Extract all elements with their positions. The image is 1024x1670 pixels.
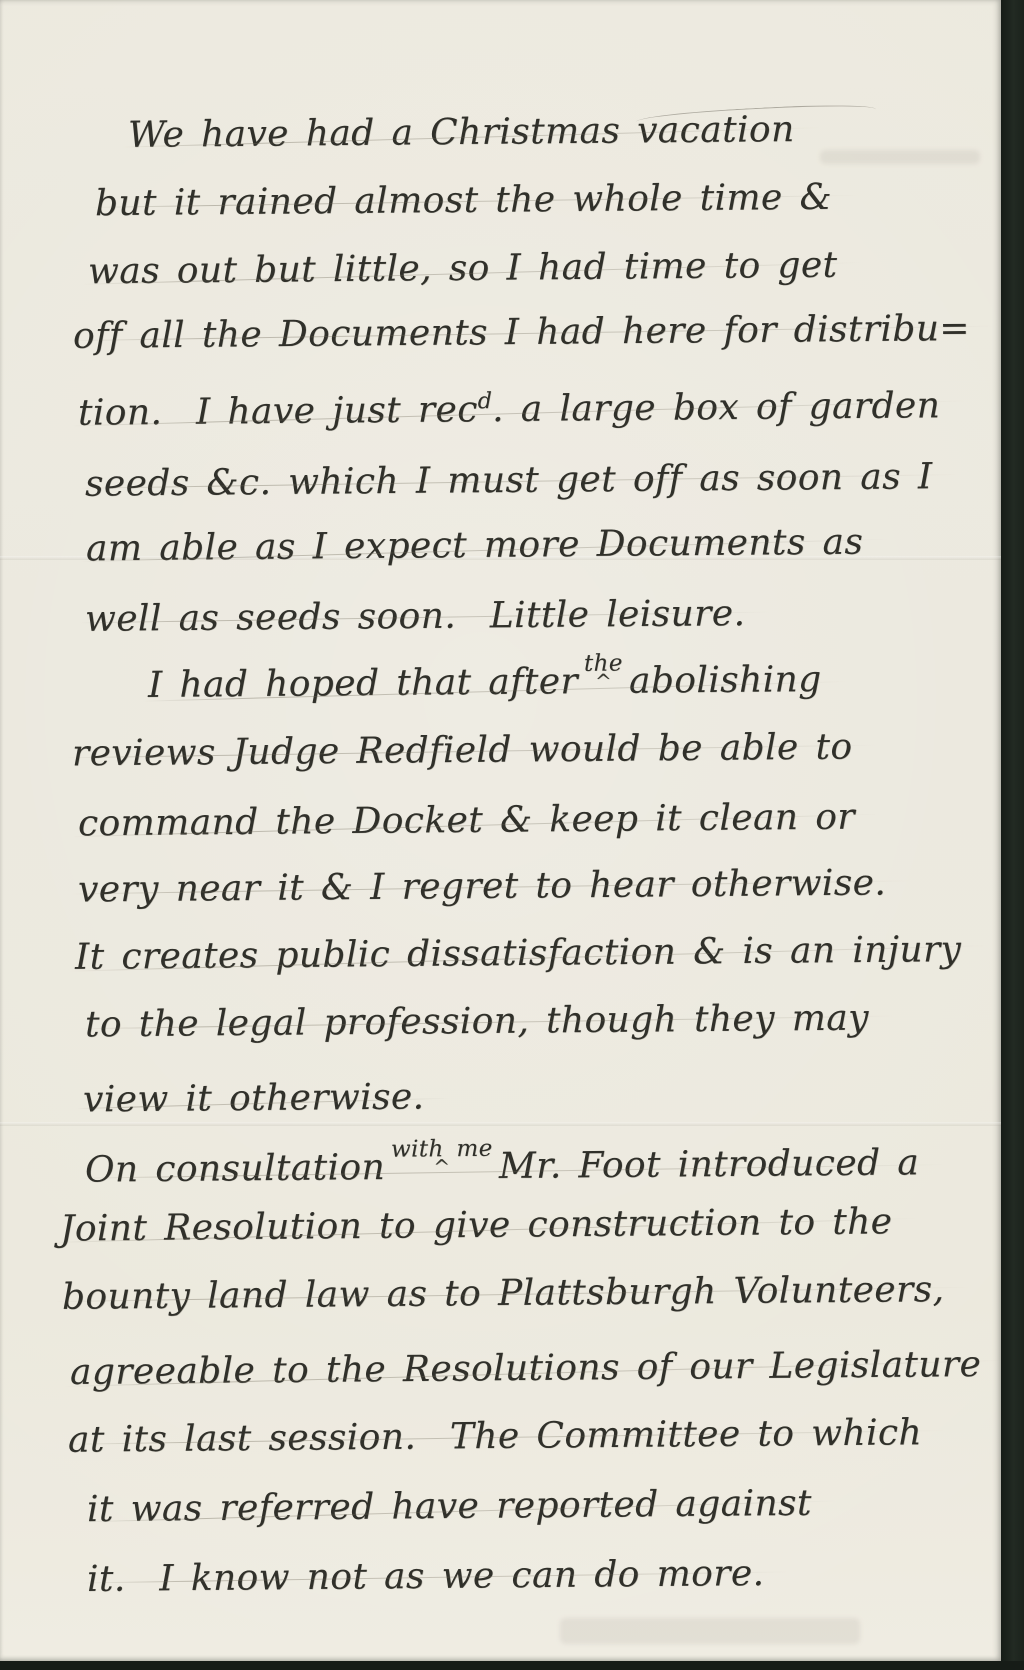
insertion-caret: ^ [433,1160,450,1174]
scan-edge-right [1001,0,1024,1670]
handwritten-line-9: I had hoped that afterthe^abolishing [148,659,822,713]
superscript-abbreviation: d [478,388,493,414]
ink-show-through [560,1618,860,1644]
handwritten-line-19: agreeable to the Resolutions of our Legi… [70,1344,982,1393]
handwritten-line-3: was out but little, so I had time to get [88,245,838,293]
handwritten-line-2: but it rained almost the whole time & [95,177,832,224]
handwritten-line-8: well as seeds soon. Little leisure. [85,593,746,640]
handwritten-line-1: We have had a Christmas vacation [128,109,795,156]
handwritten-line-6: seeds &c. which I must get off as soon a… [85,456,933,504]
handwritten-line-7: am able as I expect more Documents as [86,522,864,570]
line-16-text: On consultation [85,1147,385,1191]
handwritten-line-15: view it otherwise. [83,1077,425,1121]
scan-edge-bottom [0,1661,1024,1670]
handwritten-line-18: bounty land law as to Plattsburgh Volunt… [62,1269,945,1318]
fold-crease-lower [0,1122,1001,1126]
handwritten-line-20: at its last session. The Committee to wh… [68,1412,922,1460]
handwritten-line-21: it was referred have reported against [87,1483,812,1530]
line-9-text-cont: abolishing [629,659,822,702]
handwritten-line-16: On consultationwith me^Mr. Foot introduc… [85,1142,920,1197]
line-5-text: tion. I have just rec [78,389,478,433]
line-16-text-cont: Mr. Foot introduced a [499,1142,920,1187]
interlinear-insertion: with me^ [391,1141,493,1173]
insertion-caret: ^ [595,675,612,689]
interlinear-insertion: the^ [584,655,623,686]
handwritten-line-14: to the legal profession, though they may [85,998,869,1046]
ink-show-through [820,150,980,164]
handwritten-line-12: very near it & I regret to hear otherwis… [78,862,887,910]
handwritten-line-5: tion. I have just recd. a large box of g… [78,384,941,434]
handwritten-line-10: reviews Judge Redfield would be able to [72,727,853,775]
line-5-text-cont: . a large box of garden [492,385,940,430]
handwritten-line-22: it. I know not as we can do more. [87,1553,765,1600]
line-9-text: I had hoped that after [148,661,578,706]
handwritten-line-13: It creates public dissatisfaction & is a… [75,929,962,978]
handwritten-line-4: off all the Documents I had here for dis… [73,308,970,357]
handwritten-line-11: command the Docket & keep it clean or [78,797,855,845]
letter-paper: We have had a Christmas vacation but it … [0,0,1001,1661]
handwritten-line-17: Joint Resolution to give construction to… [60,1201,893,1249]
scanned-letter-page: We have had a Christmas vacation but it … [0,0,1024,1670]
